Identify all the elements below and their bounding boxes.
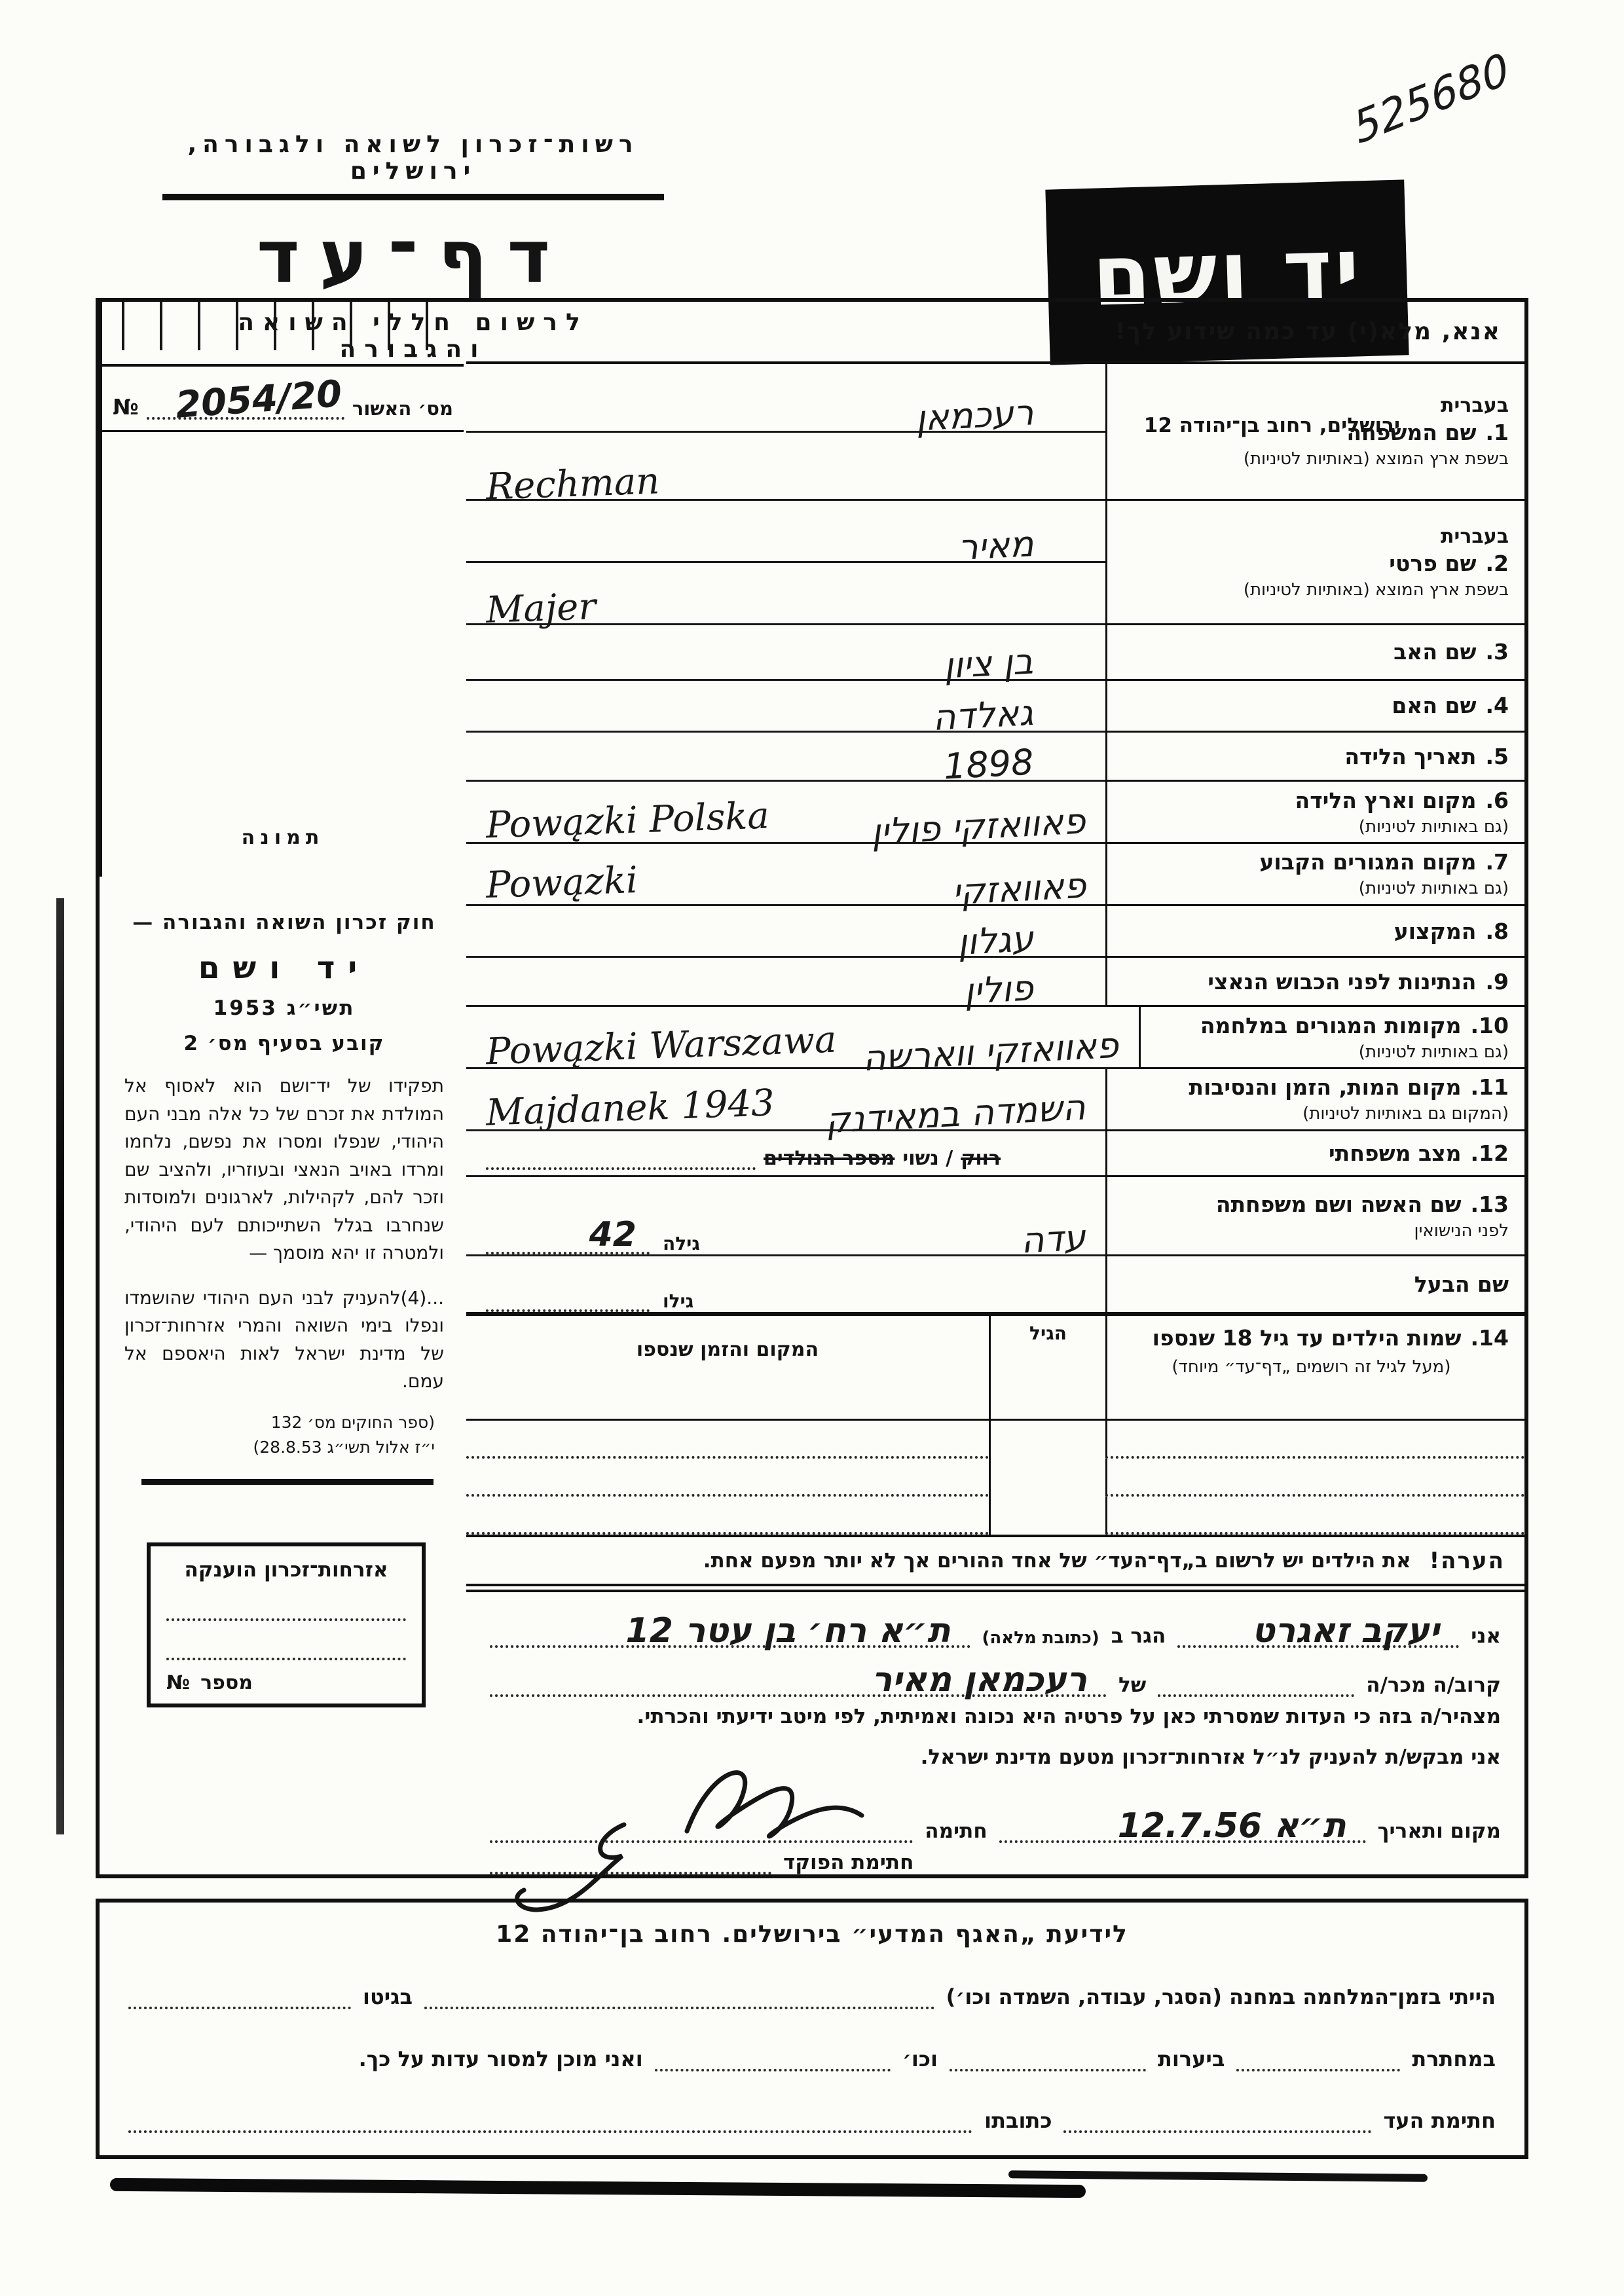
field-fill: פולין <box>466 958 1105 1007</box>
scan-edge-artifact <box>56 898 64 1834</box>
field-fill: בן ציון <box>466 625 1105 681</box>
field-row-profession: 8.המקצוע עגלון <box>466 906 1524 958</box>
field-label: 3.שם האב <box>1105 625 1524 681</box>
sidebar-divider-rule <box>141 1479 434 1485</box>
clerk-signature-blank <box>490 1843 771 1874</box>
citizenship-request: אני מבקש/ת להעניק לנ״ל אזרחות־זכרון מטעם… <box>466 1737 1524 1777</box>
scientific-branch-box: לידיעת „האגף המדעי״ בירושלים. רחוב בן־יה… <box>96 1899 1528 2159</box>
page-title: דף־עד <box>162 215 664 300</box>
underground-label: במחתרת <box>1412 2047 1496 2071</box>
his-age-label: גילו <box>663 1290 693 1312</box>
field-row-marital-status: 12.מצב משפחתי רווק / נשוי מספר הנולדים <box>466 1131 1524 1177</box>
writing-line: עדה גילה 42 <box>466 1177 1105 1257</box>
handwritten-residence-latin: Powązki <box>485 859 638 907</box>
field-label: 5.תאריך הלידה <box>1105 733 1524 782</box>
scan-smudge-artifact <box>110 2178 1086 2198</box>
victim-name-line: רעכמאן מאיר <box>490 1666 1107 1697</box>
field-label: 4.שם האם <box>1105 681 1524 733</box>
children-table-header: 14.שמות הילדים עד גיל 18 שנספו (מעל לגיל… <box>466 1316 1524 1421</box>
ghetto-blank <box>128 1980 351 2009</box>
handwritten-family-name-hebrew: רעכמאן <box>914 392 1034 439</box>
scan-smudge-artifact <box>1008 2170 1428 2182</box>
handwritten-place-date: ת״א 12.7.56 <box>1118 1806 1346 1846</box>
children-table: 14.שמות הילדים עד גיל 18 שנספו (מעל לגיל… <box>466 1312 1524 1535</box>
option-single-struck: רווק <box>961 1147 1001 1170</box>
field-label: 12.מצב משפחתי <box>1105 1131 1524 1177</box>
her-age-label: גילה <box>663 1233 700 1254</box>
field-fill: גילו <box>466 1256 1105 1312</box>
field-fill: עדה גילה 42 <box>466 1177 1105 1257</box>
field-row-birth-place: 6.מקום וארץ הלידה (גם באותיות לטיניות) פ… <box>466 782 1524 844</box>
handwritten-declarant-address: ת״א רח׳ בן עטר 12 <box>626 1611 951 1650</box>
children-table-row <box>466 1497 1524 1535</box>
note-row: הערה! את הילדים יש לרשום ב„דף־העד״ של אח… <box>466 1535 1524 1584</box>
photo-placeholder: תמונה <box>102 432 464 877</box>
option-married: / נשוי <box>902 1147 953 1170</box>
field-label: 13.שם האשה ושם משפחתה לפני הנישואין <box>1105 1177 1524 1257</box>
handwritten-wartime-residence-latin: Powązki Warszawa <box>485 1019 837 1074</box>
law-year: תשי״ג 1953 <box>124 996 444 1020</box>
citizenship-grant-box: אזרחות־זכרון הוענקה מספר № <box>147 1542 426 1707</box>
main-form-box: מס׳ האשור 2054/20 № תמונה חוק זכרון השוא… <box>96 298 1528 1878</box>
ruled-strip <box>102 302 464 367</box>
handwritten-approval-number: 2054/20 <box>174 373 343 427</box>
field-row-husband-name: שם הבעל גילו <box>466 1256 1524 1312</box>
writing-line: Rechman <box>466 433 1105 501</box>
field-row-wife-name: 13.שם האשה ושם משפחתה לפני הנישואין עדה … <box>466 1177 1524 1257</box>
field-row-death-place: 11.מקום המות, הזמן והנסיבות (המקום גם בא… <box>466 1069 1524 1131</box>
grant-box-line <box>166 1582 406 1621</box>
relation-line: קרוב/ה מכר/ה של רעכמאן מאיר <box>466 1648 1524 1697</box>
handwritten-profession: עגלון <box>956 918 1034 963</box>
field-row-first-name: בעברית 2.שם פרטי בשפת ארץ המוצא (באותיות… <box>466 501 1524 625</box>
camp-blank <box>424 1980 934 2009</box>
children-names-header: 14.שמות הילדים עד גיל 18 שנספו (מעל לגיל… <box>1105 1316 1524 1419</box>
forests-blank <box>950 2043 1146 2071</box>
handwritten-declarant-name: יעקב זאגרט <box>1252 1611 1440 1650</box>
handwritten-birth-year: 1898 <box>942 742 1035 788</box>
writing-line: עגלון <box>466 906 1105 958</box>
writing-line: גאלדה <box>466 681 1105 733</box>
field-label: שם הבעל <box>1105 1256 1524 1312</box>
field-row-wartime-residence: 10.מקומות המגורים במלחמה (גם באותיות לטי… <box>466 1007 1524 1069</box>
handwritten-birth-place-latin: Powązki Polska <box>485 794 770 847</box>
approval-label: מס׳ האשור <box>352 397 453 420</box>
ready-to-testify: ואני מוכן למסור עדות על כך. <box>359 2047 643 2071</box>
field-fill: רעכמאן Rechman <box>466 364 1105 501</box>
her-age-group: גילה 42 <box>486 1226 700 1254</box>
dotted-line <box>486 1141 756 1170</box>
field-label: בעברית 1.שם המשפחה בשפת ארץ המוצא (באותי… <box>1105 364 1524 501</box>
law-clause: קובע בסעיף מס׳ 2 <box>124 1032 444 1055</box>
place-column-header: המקום והזמן שנספו <box>466 1316 989 1419</box>
law-org-name: יד ושם <box>124 950 444 986</box>
writing-line: מאיר <box>466 501 1105 563</box>
witness-signature <box>671 1753 874 1851</box>
grant-box-number-row: מספר № <box>166 1671 406 1694</box>
ghetto-label: בגיטו <box>363 1984 413 2009</box>
forests-label: ביערות <box>1158 2047 1225 2071</box>
grant-box-line <box>166 1621 406 1660</box>
witness-address-blank <box>128 2104 972 2133</box>
declarant-name-line: יעקב זאגרט <box>1177 1616 1459 1648</box>
declarant-identity-line: אני יעקב זאגרט הגר ב (כתובת מלאה) ת״א רח… <box>466 1592 1524 1648</box>
field-label: 7.מקום המגורים הקבוע (גם באותיות לטיניות… <box>1105 844 1524 906</box>
org-underline <box>162 194 664 200</box>
witness-signature-line: חתימת העד כתובתו <box>128 2104 1496 2133</box>
bottom-box-title: לידיעת „האגף המדעי״ בירושלים. רחוב בן־יה… <box>128 1921 1496 1948</box>
field-fill: 1898 <box>466 733 1105 782</box>
handwritten-serial-number: 525680 <box>1349 43 1514 155</box>
underground-line: במחתרת ביערות וכו׳ ואני מוכן למסור עדות … <box>128 2043 1496 2071</box>
approval-number-row: מס׳ האשור 2054/20 № <box>102 367 464 432</box>
i-label: אני <box>1471 1624 1501 1648</box>
witness-address-label: כתובתו <box>984 2108 1052 2133</box>
witness-signature-blank <box>1063 2104 1371 2133</box>
field-row-mother-name: 4.שם האם גאלדה <box>466 681 1524 733</box>
writing-line: 1898 <box>466 733 1105 782</box>
writing-line: בן ציון <box>466 625 1105 681</box>
writing-line: השמדה במאידנק Majdanek 1943 <box>466 1069 1105 1131</box>
handwritten-citizenship: פולין <box>963 968 1035 1012</box>
clerk-label: חתימת הפוקד <box>783 1851 913 1874</box>
his-age-group: גילו <box>486 1283 693 1312</box>
fill-instruction: אנא, מלא(י) עד כמה שידוע לך! <box>466 302 1524 364</box>
grant-box-title: אזרחות־זכרון הוענקה <box>166 1558 406 1582</box>
handwritten-mother-name: גאלדה <box>932 692 1035 738</box>
writing-line: פולין <box>466 958 1105 1007</box>
field-row-residence: 7.מקום המגורים הקבוע (גם באותיות לטיניות… <box>466 844 1524 906</box>
of-label: של <box>1118 1673 1146 1697</box>
writing-line: Majer <box>466 563 1105 625</box>
handwritten-her-age: 42 <box>589 1215 637 1254</box>
law-reference: (ספר החוקים מס׳ 132 י״ז אלול תשי״ג 28.8.… <box>124 1410 444 1459</box>
marital-status-options: רווק / נשוי מספר הנולדים <box>466 1131 1105 1177</box>
field-fill: עגלון <box>466 906 1105 958</box>
field-fill: רווק / נשוי מספר הנולדים <box>466 1131 1105 1177</box>
full-address-label: (כתובת מלאה) <box>982 1628 1099 1648</box>
field-fill: השמדה במאידנק Majdanek 1943 <box>466 1069 1105 1131</box>
her-age-line: 42 <box>486 1226 650 1254</box>
law-text-block: חוק זכרון השואה והגבורה — יד ושם תשי״ג 1… <box>124 911 444 1459</box>
writing-line: פאוואזקי פולין Powązki Polska <box>466 782 1105 844</box>
place-date-line: ת״א 12.7.56 <box>999 1812 1366 1843</box>
handwritten-first-name-hebrew: מאיר <box>957 523 1034 568</box>
approval-number-line: 2054/20 <box>147 380 344 420</box>
daf-ed-form-scan: 525680 רשות־זכרון לשואה ולגבורה, ירושלים… <box>0 0 1624 2296</box>
etc-label: וכו׳ <box>902 2047 938 2071</box>
declaration-statement: מצהיר/ה בזה כי העדות שמסרתי כאן על פרטיה… <box>466 1697 1524 1738</box>
field-row-birth-date: 5.תאריך הלידה 1898 <box>466 733 1524 782</box>
double-rule <box>466 1584 1524 1592</box>
children-table-row <box>466 1459 1524 1497</box>
field-fill: גאלדה <box>466 681 1105 733</box>
relative-label: קרוב/ה מכר/ה <box>1366 1673 1501 1697</box>
field-fill: פאוואזקי פולין Powązki Polska <box>466 782 1105 844</box>
field-label: 11.מקום המות, הזמן והנסיבות (המקום גם בא… <box>1105 1069 1524 1131</box>
resides-label: הגר ב <box>1111 1624 1166 1648</box>
handwritten-death-place-latin: Majdanek 1943 <box>485 1082 775 1134</box>
photo-label: תמונה <box>242 826 325 849</box>
law-paragraph-1: תפקידו של יד־ושם הוא לאסוף אל המולדת את … <box>124 1072 444 1267</box>
camp-line: הייתי בזמן־המלחמה במחנה (הסגר, עבודה, הש… <box>128 1980 1496 2009</box>
field-label: 6.מקום וארץ הלידה (גם באותיות לטיניות) <box>1105 782 1524 844</box>
writing-line: פאוואזקי ווארשה Powązki Warszawa <box>466 1007 1139 1069</box>
field-fill: מאיר Majer <box>466 501 1105 625</box>
field-row-family-name: בעברית 1.שם המשפחה בשפת ארץ המוצא (באותי… <box>466 364 1524 501</box>
note-text: את הילדים יש לרשום ב„דף־העד״ של אחד ההור… <box>703 1549 1411 1573</box>
note-label: הערה! <box>1430 1548 1505 1574</box>
law-paragraph-2: ...(4)להעניק לבני העם היהודי שהושמדו ונפ… <box>124 1285 444 1396</box>
etc-blank <box>655 2043 891 2071</box>
writing-line: רעכמאן <box>466 364 1105 433</box>
option-children-count-struck: מספר הנולדים <box>764 1147 895 1170</box>
org-name: רשות־זכרון לשואה ולגבורה, ירושלים <box>162 131 664 185</box>
field-row-father-name: 3.שם האב בן ציון <box>466 625 1524 681</box>
field-label: 10.מקומות המגורים במלחמה (גם באותיות לטי… <box>1139 1007 1524 1069</box>
children-table-row <box>466 1421 1524 1459</box>
field-fill: פאוואזקי ווארשה Powązki Warszawa <box>466 1007 1139 1069</box>
field-label: 8.המקצוע <box>1105 906 1524 958</box>
form-fields-area: אנא, מלא(י) עד כמה שידוע לך! בעברית 1.שם… <box>466 302 1524 1874</box>
field-fill: פאוואזקי Powązki <box>466 844 1105 906</box>
place-date-label: מקום ותאריך <box>1378 1819 1501 1843</box>
law-title: חוק זכרון השואה והגבורה — <box>124 911 444 934</box>
signature-label: חתימה <box>925 1819 987 1843</box>
field-label: בעברית 2.שם פרטי בשפת ארץ המוצא (באותיות… <box>1105 501 1524 625</box>
writing-line: גילו <box>466 1256 1105 1312</box>
numero-symbol: № <box>113 394 139 420</box>
handwritten-father-name: בן ציון <box>943 640 1035 686</box>
sidebar-top: מס׳ האשור 2054/20 № תמונה <box>100 302 464 877</box>
field-row-citizenship: 9.הנתינות לפני הכבוש הנאצי פולין <box>466 958 1524 1007</box>
was-in-camp-label: הייתי בזמן־המלחמה במחנה (הסגר, עבודה, הש… <box>946 1984 1496 2009</box>
clerk-signature-line: חתימת הפוקד <box>466 1843 1524 1874</box>
writing-line: פאוואזקי Powązki <box>466 844 1105 906</box>
handwritten-victim-name: רעכמאן מאיר <box>872 1660 1087 1700</box>
sidebar: מס׳ האשור 2054/20 № תמונה חוק זכרון השוא… <box>100 302 464 1874</box>
age-column-header: הגיל <box>989 1316 1105 1419</box>
his-age-line <box>486 1283 650 1312</box>
handwritten-wife-name: עדה <box>1020 1217 1087 1262</box>
field-label: 9.הנתינות לפני הכבוש הנאצי <box>1105 958 1524 1007</box>
declarant-address-line: ת״א רח׳ בן עטר 12 <box>490 1616 970 1648</box>
relation-blank-line <box>1158 1666 1354 1697</box>
underground-blank <box>1236 2043 1400 2071</box>
witness-signature-label: חתימת העד <box>1383 2108 1496 2133</box>
